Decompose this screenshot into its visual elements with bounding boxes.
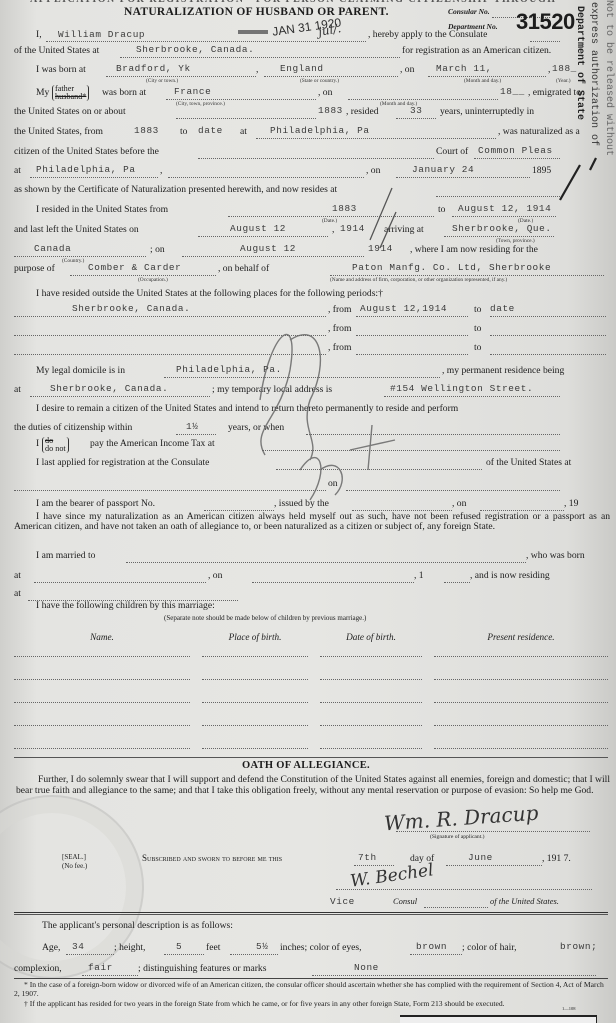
outside-from-label: , from [328, 304, 351, 315]
naturalization-date[interactable]: January 24 [412, 164, 474, 175]
registration-text: for registration as an American citizen. [402, 45, 551, 56]
naturalized-label: , was naturalized as a [498, 126, 580, 137]
last-applied-of-us: of the United States at [486, 457, 571, 468]
court-at-label: at [14, 165, 21, 176]
consular-no-label: Consular No. [448, 7, 490, 16]
occupation[interactable]: Comber & Carder [88, 262, 181, 273]
resided-to[interactable]: August 12, 1914 [458, 203, 551, 214]
caption-month-day: (Month and day.) [464, 78, 501, 84]
passport-on-label: , on [452, 498, 466, 509]
divider-description [14, 912, 608, 913]
passport-year: , 19 [564, 498, 578, 509]
birth-city[interactable]: Bradford, Yk [116, 63, 191, 74]
no-fee-label: (No fee.) [62, 862, 87, 870]
children-table-cell[interactable] [320, 725, 422, 726]
outside-place[interactable]: Sherbrooke, Canada. [72, 303, 190, 314]
temporary-address[interactable]: #154 Wellington Street. [390, 383, 533, 394]
caption-place: (City, town, province.) [176, 101, 225, 107]
caption-occupation: (Occupation.) [138, 277, 168, 283]
features-label: ; distinguishing features or marks [138, 963, 266, 974]
permanent-residence-label: , my permanent residence being [442, 365, 564, 376]
certificate-text: as shown by the Certificate of Naturaliz… [14, 184, 337, 195]
from-year[interactable]: 1883 [134, 125, 159, 136]
children-table-cell[interactable] [434, 725, 608, 726]
sworn-label: Subscribed and sworn to before me this [142, 853, 282, 863]
behalf-label: , on behalf of [218, 263, 269, 274]
children-table-cell[interactable] [14, 656, 190, 657]
margin-note-authorization: express authorization of [588, 2, 599, 146]
children-column-header: Place of birth. [215, 632, 295, 642]
consul-label: Consul [393, 896, 417, 906]
footnote-dagger: † If the applicant has resided for two y… [14, 999, 610, 1008]
years-label: years, uninterruptedly in [440, 106, 534, 117]
hair-label: ; color of hair, [462, 942, 517, 953]
children-table-cell[interactable] [434, 656, 608, 657]
children-column-header: Name. [62, 632, 142, 642]
children-table-cell[interactable] [14, 725, 190, 726]
outside-to[interactable]: date [490, 303, 515, 314]
seal-label: [SEAL.] [62, 853, 86, 861]
children-table-cell[interactable] [14, 702, 190, 703]
arrived-label: the United States on or about [14, 106, 126, 117]
children-column-header: Present residence. [481, 632, 561, 642]
children-table-cell[interactable] [202, 679, 308, 680]
form-top-title: APPLICATION FOR REGISTRATION—FOR PERSON … [30, 0, 557, 5]
height-inches[interactable]: 5½ [256, 941, 268, 952]
legal-domicile-label: My legal domicile is in [36, 365, 125, 376]
dotted-line [14, 335, 326, 336]
temporary-address-label: ; my temporary local address is [212, 384, 332, 395]
on-label: , on [400, 64, 414, 75]
features-value[interactable]: None [354, 962, 379, 973]
domicile-at-label: at [14, 384, 21, 395]
oath-title: OATH OF ALLEGIANCE. [242, 760, 370, 771]
complexion-value[interactable]: fair [88, 962, 113, 973]
arriving-place[interactable]: Sherbrooke, Que. [452, 223, 552, 234]
outside-from[interactable]: August 12,1914 [360, 303, 447, 314]
apply-text: , hereby apply to the Consulate [368, 29, 487, 40]
dotted-line [490, 316, 606, 317]
option-husband-struck[interactable]: husband* [55, 92, 86, 101]
attached-card-edge [400, 1015, 597, 1023]
left-year[interactable]: 1914 [340, 223, 365, 234]
caption-city: (City or town.) [146, 78, 178, 84]
arrived-year[interactable]: 1883 [318, 105, 343, 116]
children-table-cell[interactable] [320, 656, 422, 657]
inches-label: inches; color of eyes, [280, 942, 362, 953]
dotted-line [356, 354, 468, 355]
caption-date-1: (Date.) [322, 218, 337, 224]
spouse-born-label: , who was born [526, 550, 585, 561]
caption-year: (Year.) [556, 78, 571, 84]
permanent-residence[interactable]: Sherbrooke, Canada. [50, 383, 168, 394]
department-number: 31520 [516, 9, 575, 35]
arrival-year[interactable]: 1914 [368, 243, 393, 254]
at-label: at [240, 126, 247, 137]
residing-label: , where I am now residing for the [410, 244, 538, 255]
duties-years[interactable]: 1½ [186, 421, 198, 432]
country-on-label: ; on [150, 244, 165, 255]
description-intro: The applicant's personal description is … [42, 920, 233, 931]
sworn-year: , 191 7. [542, 853, 571, 864]
residence-country[interactable]: Canada [34, 243, 71, 254]
naturalization-year[interactable]: 1895 [532, 165, 551, 176]
stamp-initials: jul/. [317, 21, 342, 39]
of-us-at-label: of the United States at [14, 45, 99, 56]
citizen-label: citizen of the United States before the [14, 146, 159, 157]
dotted-line [356, 316, 468, 317]
arriving-label: arriving at [384, 224, 424, 235]
last-applied-label: I last applied for registration at the C… [36, 457, 209, 468]
dotted-line [490, 335, 606, 336]
allegiance-statement: I have since my naturalization as an Ame… [14, 512, 610, 532]
dotted-line [14, 316, 326, 317]
consul-suffix: of the United States. [490, 896, 559, 906]
to-value[interactable]: date [198, 125, 223, 136]
arrival-date[interactable]: August 12 [240, 243, 296, 254]
dotted-line [490, 354, 606, 355]
eye-color[interactable]: brown [416, 941, 447, 952]
margin-note-release: Not to be released without [603, 0, 614, 156]
court-location[interactable]: Philadelphia, Pa [36, 164, 136, 175]
caption-employer: (Name and address of firm, corporation, … [330, 277, 507, 283]
birth-month-day[interactable]: March 11, [436, 63, 492, 74]
sworn-day[interactable]: 7th [358, 852, 377, 863]
to-label: to [180, 126, 187, 137]
sworn-month[interactable]: June [468, 852, 493, 863]
oath-text: Further, I do solemnly swear that I will… [16, 775, 610, 796]
spouse-at-label: at [14, 570, 21, 581]
age-value[interactable]: 34 [72, 941, 84, 952]
children-table-cell[interactable] [320, 679, 422, 680]
form-code: 1—108 [562, 1006, 576, 1011]
children-table-cell[interactable] [202, 702, 308, 703]
children-table-cell[interactable] [14, 679, 190, 680]
employer[interactable]: Paton Manfg. Co. Ltd, Sherbrooke [352, 262, 551, 273]
emigrated-label: , emigrated to [528, 87, 581, 98]
desire-text: I desire to remain a citizen of the Unit… [36, 403, 458, 414]
form-title: NATURALIZATION OF HUSBAND OR PARENT. [124, 6, 389, 18]
spouse-year-prefix: , 1 [414, 570, 424, 581]
dotted-line [14, 354, 326, 355]
relation-selector[interactable]: fatherhusband* [52, 82, 89, 101]
outside-to-label: to [474, 323, 481, 334]
issued-by-label: , issued by the [274, 498, 329, 509]
birth-country[interactable]: England [280, 63, 324, 74]
children-table-cell[interactable] [320, 748, 422, 749]
caption-country: (Country.) [62, 258, 84, 264]
feet-label: feet [206, 942, 220, 953]
father-on-label: , on [318, 87, 332, 98]
consulate-location[interactable]: Sherbrooke, Canada. [136, 44, 254, 55]
outside-us-label: I have resided outside the United States… [36, 288, 383, 299]
court-name[interactable]: Common Pleas [478, 145, 553, 156]
height-feet[interactable]: 5 [176, 941, 182, 952]
income-tax-selector[interactable]: dodo not [42, 434, 69, 453]
passport-label: I am the bearer of passport No. [36, 498, 155, 509]
children-note: (Separate note should be made below of c… [164, 614, 366, 622]
intro-label: I, [36, 29, 42, 40]
resided-label: , resided [346, 106, 379, 117]
footnote-star: * In the case of a foreign-born widow or… [14, 980, 610, 998]
court-on-label: , on [366, 165, 380, 176]
last-applied-on-label: on [328, 478, 338, 489]
born-at-label: I was born at [36, 64, 86, 75]
dotted-line [356, 335, 468, 336]
children-table-cell[interactable] [434, 679, 608, 680]
birth-year[interactable]: 188_ [552, 63, 577, 74]
option-do-not[interactable]: do not [45, 444, 66, 453]
outside-from-label: , from [328, 323, 351, 334]
years-or-when: years, or when [228, 422, 284, 433]
spouse-residing-label: , and is now residing [470, 570, 550, 581]
left-us-label: and last left the United States on [14, 224, 139, 235]
spouse-residing-at-label: at [14, 588, 21, 599]
children-table-cell[interactable] [202, 725, 308, 726]
hair-color[interactable]: brown; [560, 941, 597, 952]
complexion-label: complexion, [14, 963, 62, 974]
duties-label: the duties of citizenship within [14, 422, 132, 433]
children-table-cell[interactable] [202, 748, 308, 749]
outside-to-label: to [474, 304, 481, 315]
children-table-cell[interactable] [434, 702, 608, 703]
caption-state: (State or country.) [300, 78, 339, 84]
naturalization-application-page: APPLICATION FOR REGISTRATION—FOR PERSON … [0, 0, 616, 1023]
divider-oath [14, 757, 608, 758]
children-table-cell[interactable] [434, 748, 608, 749]
left-date[interactable]: August 12 [230, 223, 286, 234]
height-label: ; height, [114, 942, 145, 953]
children-table-cell[interactable] [202, 656, 308, 657]
spouse-on-label: , on [208, 570, 222, 581]
from-label: the United States, from [14, 126, 103, 137]
age-label: Age, [42, 942, 60, 953]
outside-to-label: to [474, 342, 481, 353]
resided-from[interactable]: 1883 [332, 203, 357, 214]
vice-consul-prefix: Vice [330, 896, 355, 907]
resided-to-label: to [438, 204, 445, 215]
naturalized-place[interactable]: Philadelphia, Pa [270, 125, 370, 136]
children-column-header: Date of birth. [331, 632, 411, 642]
stamp-smudge [238, 30, 268, 34]
father-born-at-label: was born at [102, 87, 146, 98]
outside-from-label: , from [328, 342, 351, 353]
resided-in-us-label: I resided in the United States from [36, 204, 168, 215]
court-label: Court of [436, 146, 468, 157]
children-label: I have the following children by this ma… [36, 600, 215, 611]
legal-domicile[interactable]: Philadelphia, Pa. [176, 364, 282, 375]
applicant-name[interactable]: William Dracup [58, 29, 145, 40]
father-birth-place[interactable]: France [174, 86, 211, 97]
comma: , [256, 64, 258, 75]
resided-years[interactable]: 33 [410, 105, 422, 116]
children-table-cell[interactable] [14, 748, 190, 749]
children-table-cell[interactable] [320, 702, 422, 703]
income-tax-label: pay the American Income Tax at [90, 438, 215, 449]
married-to-label: I am married to [36, 550, 95, 561]
purpose-label: purpose of [14, 263, 55, 274]
father-birth-year[interactable]: 18__ [500, 86, 525, 97]
signature-caption: (Signature of applicant.) [430, 834, 485, 840]
my-label: My [36, 87, 49, 98]
